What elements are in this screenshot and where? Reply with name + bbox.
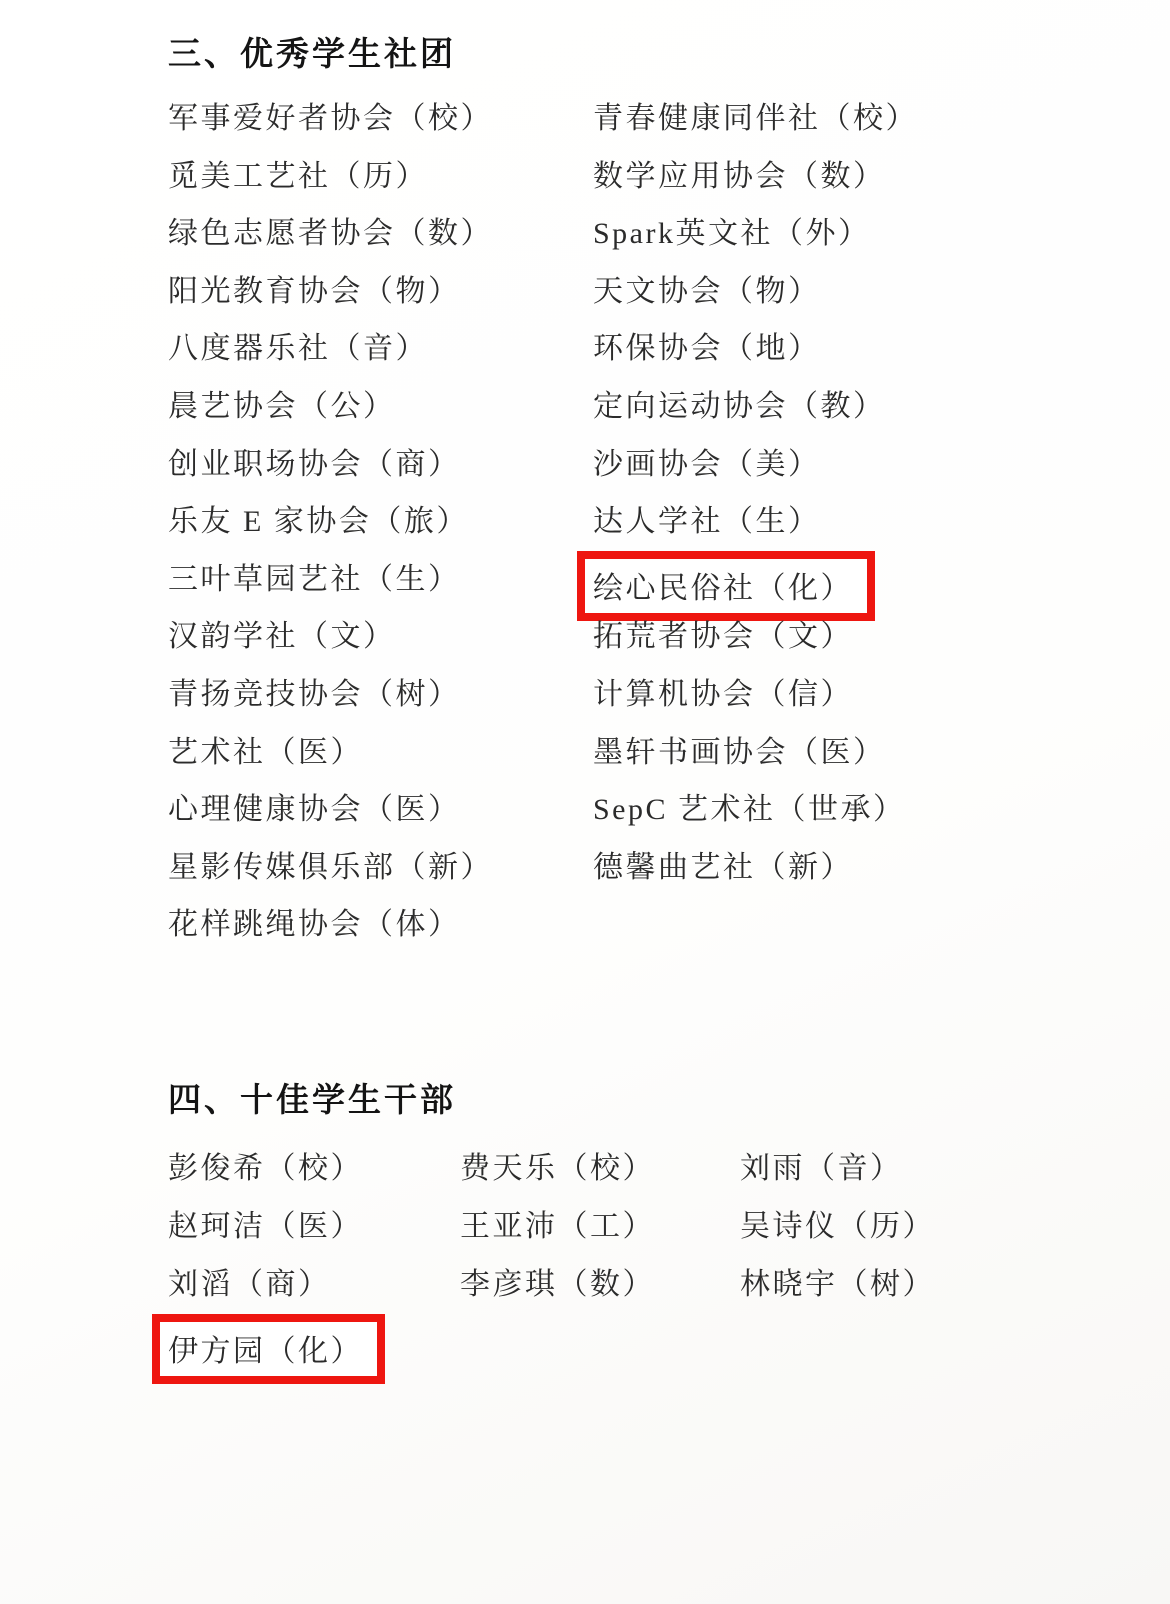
clubs-column-left: 军事爱好者协会（校）觅美工艺社（历）绿色志愿者协会（数）阳光教育协会（物）八度器…	[168, 90, 593, 954]
cadre-name-cell: 伊方园（化）	[168, 1314, 460, 1372]
clubs-column-right: 青春健康同伴社（校）数学应用协会（数）Spark英文社（外）天文协会（物）环保协…	[593, 90, 918, 954]
club-list-item: 心理健康协会（医）	[168, 781, 593, 839]
entry-text: 数学应用协会（数）	[593, 160, 886, 193]
entry-text: 天文协会（物）	[593, 275, 821, 308]
entry-text: 刘雨（音）	[740, 1152, 903, 1185]
club-list-item: 绘心民俗社（化）	[593, 551, 918, 609]
entry-text: 费天乐（校）	[460, 1152, 655, 1185]
club-list-item: 星影传媒俱乐部（新）	[168, 839, 593, 897]
club-list-item: 艺术社（医）	[168, 724, 593, 782]
club-list-item: 八度器乐社（音）	[168, 320, 593, 378]
entry-text: 青扬竞技协会（树）	[168, 678, 461, 711]
clubs-columns: 军事爱好者协会（校）觅美工艺社（历）绿色志愿者协会（数）阳光教育协会（物）八度器…	[168, 90, 918, 954]
section-top-ten-cadres: 四、十佳学生干部 彭俊希（校）费天乐（校）刘雨（音）赵珂洁（医）王亚沛（工）吴诗…	[168, 1078, 935, 1372]
club-list-item: 汉韵学社（文）	[168, 608, 593, 666]
entry-text: 阳光教育协会（物）	[168, 275, 461, 308]
cadre-name-cell: 李彦琪（数）	[460, 1256, 740, 1314]
club-list-item: 达人学社（生）	[593, 493, 918, 551]
entry-text: 心理健康协会（医）	[168, 793, 461, 826]
entry-text: 晨艺协会（公）	[168, 390, 396, 423]
red-highlight-box: 伊方园（化）	[152, 1314, 385, 1384]
club-list-item: 墨轩书画协会（医）	[593, 724, 918, 782]
document-page: 三、优秀学生社团 军事爱好者协会（校）觅美工艺社（历）绿色志愿者协会（数）阳光教…	[0, 0, 1170, 1604]
club-list-item: 军事爱好者协会（校）	[168, 90, 593, 148]
entry-text: 德馨曲艺社（新）	[593, 851, 853, 884]
entry-text: 环保协会（地）	[593, 332, 821, 365]
club-list-item: 青扬竞技协会（树）	[168, 666, 593, 724]
entry-text: 林晓宇（树）	[740, 1268, 935, 1301]
entry-text: 沙画协会（美）	[593, 448, 821, 481]
club-list-item: 阳光教育协会（物）	[168, 263, 593, 321]
entry-text: 绿色志愿者协会（数）	[168, 217, 493, 250]
cadre-name-cell: 费天乐（校）	[460, 1140, 740, 1198]
entry-text: 青春健康同伴社（校）	[593, 102, 918, 135]
club-list-item: 觅美工艺社（历）	[168, 148, 593, 206]
entry-text: 三叶草园艺社（生）	[168, 563, 461, 596]
club-list-item: SepC 艺术社（世承）	[593, 781, 918, 839]
club-list-item: 定向运动协会（教）	[593, 378, 918, 436]
cadre-name-cell: 吴诗仪（历）	[740, 1198, 935, 1256]
entry-text: 艺术社（医）	[168, 736, 363, 769]
entry-text: 星影传媒俱乐部（新）	[168, 851, 493, 884]
club-list-item: 乐友 E 家协会（旅）	[168, 493, 593, 551]
entry-text: 墨轩书画协会（医）	[593, 736, 886, 769]
cadres-section-heading: 四、十佳学生干部	[168, 1078, 935, 1124]
entry-text: SepC 艺术社（世承）	[593, 793, 906, 826]
entry-text: 创业职场协会（商）	[168, 448, 461, 481]
entry-text: 觅美工艺社（历）	[168, 160, 428, 193]
entry-text: 彭俊希（校）	[168, 1152, 363, 1185]
entry-text: 吴诗仪（历）	[740, 1210, 935, 1243]
cadre-name-cell: 刘雨（音）	[740, 1140, 903, 1198]
entry-text: 计算机协会（信）	[593, 678, 853, 711]
entry-text: 王亚沛（工）	[460, 1210, 655, 1243]
club-list-item: 数学应用协会（数）	[593, 148, 918, 206]
cadre-row: 赵珂洁（医）王亚沛（工）吴诗仪（历）	[168, 1198, 935, 1256]
entry-text: 汉韵学社（文）	[168, 620, 396, 653]
club-list-item: 德馨曲艺社（新）	[593, 839, 918, 897]
entry-text: 军事爱好者协会（校）	[168, 102, 493, 135]
entry-text: 李彦琪（数）	[460, 1268, 655, 1301]
clubs-section-heading: 三、优秀学生社团	[168, 32, 918, 78]
section-outstanding-clubs: 三、优秀学生社团 军事爱好者协会（校）觅美工艺社（历）绿色志愿者协会（数）阳光教…	[168, 32, 918, 954]
cadre-name-cell: 刘滔（商）	[168, 1256, 460, 1314]
entry-text: 刘滔（商）	[168, 1268, 331, 1301]
cadres-grid: 彭俊希（校）费天乐（校）刘雨（音）赵珂洁（医）王亚沛（工）吴诗仪（历）刘滔（商）…	[168, 1140, 935, 1372]
cadre-row: 刘滔（商）李彦琪（数）林晓宇（树）	[168, 1256, 935, 1314]
entry-text: 花样跳绳协会（体）	[168, 908, 461, 941]
entry-text: 定向运动协会（教）	[593, 390, 886, 423]
cadre-row: 伊方园（化）	[168, 1314, 935, 1372]
club-list-item: 天文协会（物）	[593, 263, 918, 321]
club-list-item: Spark英文社（外）	[593, 205, 918, 263]
entry-text: 赵珂洁（医）	[168, 1210, 363, 1243]
cadre-name-cell: 彭俊希（校）	[168, 1140, 460, 1198]
club-list-item: 晨艺协会（公）	[168, 378, 593, 436]
club-list-item: 三叶草园艺社（生）	[168, 551, 593, 609]
entry-text: 八度器乐社（音）	[168, 332, 428, 365]
cadre-row: 彭俊希（校）费天乐（校）刘雨（音）	[168, 1140, 935, 1198]
club-list-item: 环保协会（地）	[593, 320, 918, 378]
club-list-item: 绿色志愿者协会（数）	[168, 205, 593, 263]
club-list-item: 青春健康同伴社（校）	[593, 90, 918, 148]
cadre-name-cell: 林晓宇（树）	[740, 1256, 935, 1314]
cadre-name-cell: 赵珂洁（医）	[168, 1198, 460, 1256]
cadre-name-cell: 王亚沛（工）	[460, 1198, 740, 1256]
club-list-item: 创业职场协会（商）	[168, 436, 593, 494]
entry-text: 拓荒者协会（文）	[593, 620, 853, 653]
club-list-item: 计算机协会（信）	[593, 666, 918, 724]
club-list-item: 沙画协会（美）	[593, 436, 918, 494]
club-list-item: 花样跳绳协会（体）	[168, 896, 593, 954]
entry-text: 乐友 E 家协会（旅）	[168, 505, 469, 538]
entry-text: Spark英文社（外）	[593, 217, 871, 250]
entry-text: 达人学社（生）	[593, 505, 821, 538]
